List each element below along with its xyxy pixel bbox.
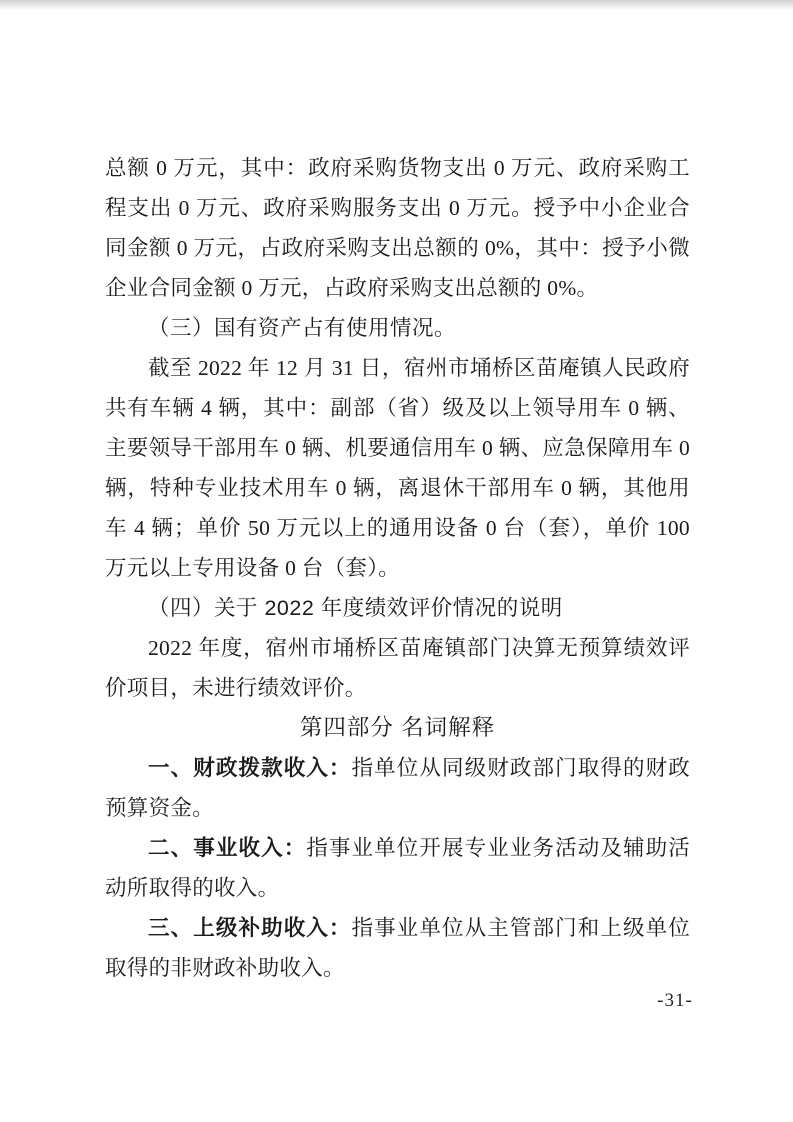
glossary-term-superior-subsidy-income: 三、上级补助收入：指事业单位从主管部门和上级单位取得的非财政补助收入。 xyxy=(105,908,690,988)
page-content: 总额 0 万元，其中：政府采购货物支出 0 万元、政府采购工程支出 0 万元、政… xyxy=(105,148,690,988)
glossary-term-fiscal-appropriation-income: 一、财政拨款收入：指单位从同级财政部门取得的财政预算资金。 xyxy=(105,748,690,828)
paragraph-performance-eval: 2022 年度，宿州市埇桥区苗庵镇部门决算无预算绩效评价项目，未进行绩效评价。 xyxy=(105,628,690,708)
term-label-fiscal-appropriation-income: 一、财政拨款收入： xyxy=(148,756,352,780)
paragraph-state-assets: 截至 2022 年 12 月 31 日，宿州市埇桥区苗庵镇人民政府共有车辆 4 … xyxy=(105,348,690,588)
page-number: -31- xyxy=(640,990,710,1012)
heading-performance-eval: （四）关于 2022 年度绩效评价情况的说明 xyxy=(105,588,690,628)
section-title-glossary: 第四部分 名词解释 xyxy=(105,708,690,748)
document-page: 总额 0 万元，其中：政府采购货物支出 0 万元、政府采购工程支出 0 万元、政… xyxy=(0,0,793,1122)
heading-state-assets: （三）国有资产占有使用情况。 xyxy=(105,308,690,348)
term-label-superior-subsidy-income: 三、上级补助收入： xyxy=(148,916,352,940)
glossary-term-business-income: 二、事业收入：指事业单位开展专业业务活动及辅助活动所取得的收入。 xyxy=(105,828,690,908)
scan-artifact-top xyxy=(0,0,793,10)
paragraph-procurement-continuation: 总额 0 万元，其中：政府采购货物支出 0 万元、政府采购工程支出 0 万元、政… xyxy=(105,148,690,308)
term-label-business-income: 二、事业收入： xyxy=(148,836,306,860)
